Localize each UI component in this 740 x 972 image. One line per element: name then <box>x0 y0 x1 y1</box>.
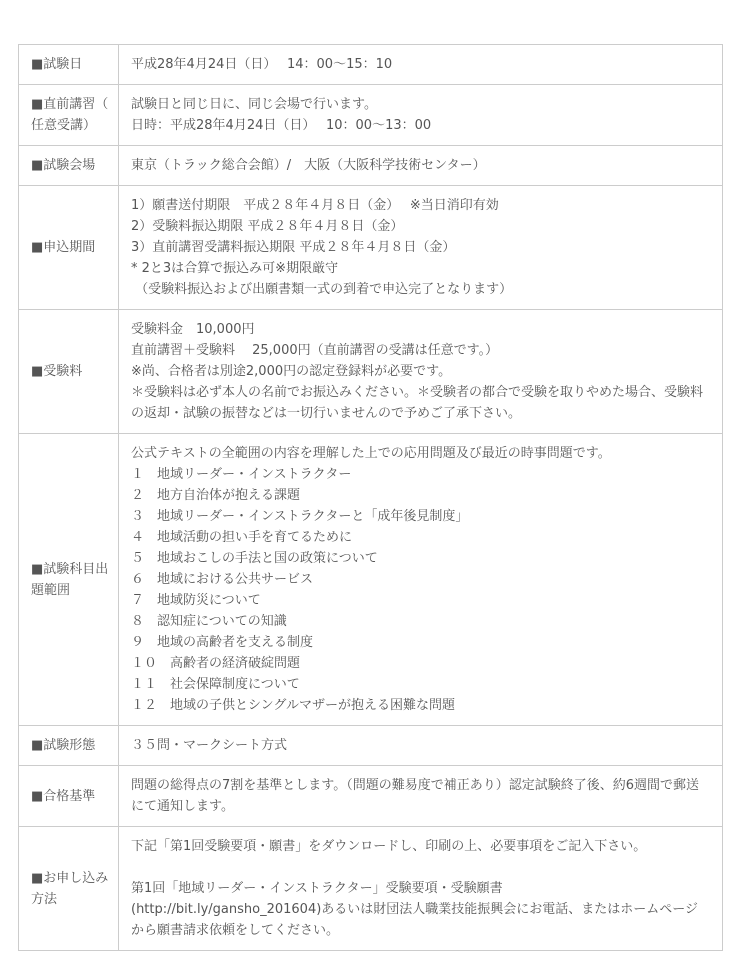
row-label-passing-criteria: ■合格基準 <box>19 766 119 827</box>
text-line: 2）受験料振込期限 平成２８年４月８日（金） <box>131 216 708 237</box>
row-label-exam-format: ■試験形態 <box>19 726 119 766</box>
text-line: ９ 地域の高齢者を支える制度 <box>131 632 708 653</box>
text-line: * 2と3は合算で振込み可※期限厳守 <box>131 258 708 279</box>
row-application-period: ■申込期間 1）願書送付期限 平成２８年４月８日（金） ※当日消印有効2）受験料… <box>19 186 723 310</box>
row-content-exam-subjects: 公式テキストの全範囲の内容を理解した上での応用問題及び最近の時事問題です。１ 地… <box>119 434 723 726</box>
row-label-application-method: ■お申し込み方法 <box>19 827 119 951</box>
text-line: １０ 高齢者の経済破綻問題 <box>131 653 708 674</box>
text-line: ８ 認知症についての知識 <box>131 611 708 632</box>
row-exam-format: ■試験形態 ３５問・マークシート方式 <box>19 726 723 766</box>
row-label-exam-subjects: ■試験科目出題範囲 <box>19 434 119 726</box>
row-exam-venue: ■試験会場 東京（トラック総合会館）/ 大阪（大阪科学技術センター） <box>19 146 723 186</box>
text-line: 1）願書送付期限 平成２８年４月８日（金） ※当日消印有効 <box>131 195 708 216</box>
text-line: ３５問・マークシート方式 <box>131 735 708 756</box>
text-line: １２ 地域の子供とシングルマザーが抱える困難な問題 <box>131 695 708 716</box>
row-exam-fee: ■受験料 受験料金 10,000円直前講習＋受験料 25,000円（直前講習の受… <box>19 310 723 434</box>
text-line: 公式テキストの全範囲の内容を理解した上での応用問題及び最近の時事問題です。 <box>131 443 708 464</box>
row-passing-criteria: ■合格基準 問題の総得点の7割を基準とします。（問題の難易度で補正あり）認定試験… <box>19 766 723 827</box>
text-line: ７ 地域防災について <box>131 590 708 611</box>
text-line: ４ 地域活動の担い手を育てるために <box>131 527 708 548</box>
row-label-exam-fee: ■受験料 <box>19 310 119 434</box>
text-line: ※尚、合格者は別途2,000円の認定登録料が必要です。 <box>131 361 708 382</box>
row-content-pre-lecture: 試験日と同じ日に、同じ会場で行います。日時：平成28年4月24日（日） 10：0… <box>119 85 723 146</box>
row-label-pre-lecture: ■直前講習（任意受講） <box>19 85 119 146</box>
row-label-exam-venue: ■試験会場 <box>19 146 119 186</box>
text-line: 日時：平成28年4月24日（日） 10：00～13：00 <box>131 115 708 136</box>
text-line: ５ 地域おこしの手法と国の政策について <box>131 548 708 569</box>
row-label-application-period: ■申込期間 <box>19 186 119 310</box>
text-line: ＊受験料は必ず本人の名前でお振込みください。＊受験者の都合で受験を取りやめた場合… <box>131 382 708 424</box>
text-line: １ 地域リーダー・インストラクター <box>131 464 708 485</box>
row-exam-subjects: ■試験科目出題範囲 公式テキストの全範囲の内容を理解した上での応用問題及び最近の… <box>19 434 723 726</box>
row-exam-date: ■試験日 平成28年4月24日（日） 14：00～15：10 <box>19 45 723 85</box>
row-content-application-method: 下記「第1回受験要項・願書」をダウンロードし、印刷の上、必要事項をご記入下さい。… <box>119 827 723 951</box>
exam-info-table: ■試験日 平成28年4月24日（日） 14：00～15：10 ■直前講習（任意受… <box>18 44 723 951</box>
row-content-exam-fee: 受験料金 10,000円直前講習＋受験料 25,000円（直前講習の受講は任意で… <box>119 310 723 434</box>
row-content-exam-date: 平成28年4月24日（日） 14：00～15：10 <box>119 45 723 85</box>
row-content-passing-criteria: 問題の総得点の7割を基準とします。（問題の難易度で補正あり）認定試験終了後、約6… <box>119 766 723 827</box>
text-line: 3）直前講習受講料振込期限 平成２８年４月８日（金） <box>131 237 708 258</box>
text-line: ３ 地域リーダー・インストラクターと「成年後見制度」 <box>131 506 708 527</box>
text-line: ２ 地方自治体が抱える課題 <box>131 485 708 506</box>
row-content-exam-format: ３５問・マークシート方式 <box>119 726 723 766</box>
text-line: 直前講習＋受験料 25,000円（直前講習の受講は任意です。） <box>131 340 708 361</box>
text-line: （受験料振込および出願書類一式の到着で申込完了となります） <box>131 279 708 300</box>
text-line: 受験料金 10,000円 <box>131 319 708 340</box>
text-line: １１ 社会保障制度について <box>131 674 708 695</box>
text-line: (http://bit.ly/gansho_201604)あるいは財団法人職業技… <box>131 899 708 941</box>
text-line <box>131 857 708 878</box>
text-line: 下記「第1回受験要項・願書」をダウンロードし、印刷の上、必要事項をご記入下さい。 <box>131 836 708 857</box>
text-line: 東京（トラック総合会館）/ 大阪（大阪科学技術センター） <box>131 155 708 176</box>
row-content-application-period: 1）願書送付期限 平成２８年４月８日（金） ※当日消印有効2）受験料振込期限 平… <box>119 186 723 310</box>
page: ■試験日 平成28年4月24日（日） 14：00～15：10 ■直前講習（任意受… <box>0 0 740 972</box>
text-line: 試験日と同じ日に、同じ会場で行います。 <box>131 94 708 115</box>
row-pre-lecture: ■直前講習（任意受講） 試験日と同じ日に、同じ会場で行います。日時：平成28年4… <box>19 85 723 146</box>
row-application-method: ■お申し込み方法 下記「第1回受験要項・願書」をダウンロードし、印刷の上、必要事… <box>19 827 723 951</box>
text-line: 平成28年4月24日（日） 14：00～15：10 <box>131 54 708 75</box>
row-content-exam-venue: 東京（トラック総合会館）/ 大阪（大阪科学技術センター） <box>119 146 723 186</box>
text-line: ６ 地域における公共サービス <box>131 569 708 590</box>
text-line: 第1回「地域リーダー・インストラクター」受験要項・受験願書 <box>131 878 708 899</box>
text-line: 問題の総得点の7割を基準とします。（問題の難易度で補正あり）認定試験終了後、約6… <box>131 775 708 817</box>
row-label-exam-date: ■試験日 <box>19 45 119 85</box>
